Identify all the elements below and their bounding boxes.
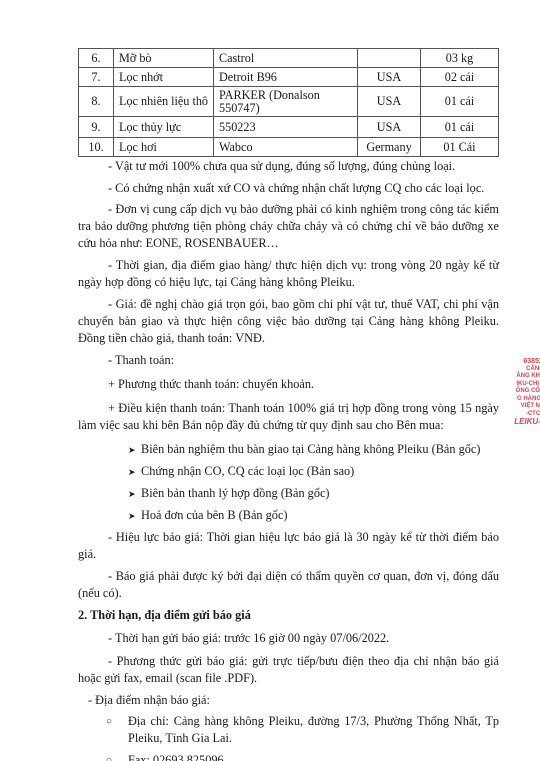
requirement-new-items: - Vật tư mới 100% chưa qua sử dụng, đúng… (78, 158, 499, 175)
submission-deadline: - Thời hạn gửi báo giá: trước 16 giờ 00 … (78, 630, 499, 647)
requirement-price: - Giá: đề nghị chào giá trọn gói, bao gồ… (78, 296, 499, 347)
paragraph-text: - Giá: đề nghị chào giá trọn gói, bao gồ… (78, 297, 499, 345)
address-item: ○Địa chỉ: Cảng hàng không Pleiku, đường … (106, 713, 499, 747)
item-number: 7. (79, 68, 114, 87)
quote-validity: - Hiệu lực báo giá: Thời gian hiệu lực b… (78, 529, 499, 563)
circle-bullet-icon: ○ (106, 752, 112, 761)
table-row: 8. Lọc nhiên liệu thô PARKER (Donalson 5… (79, 87, 499, 117)
item-quantity: 01 cái (421, 87, 499, 117)
paragraph-text: - Phương thức gửi báo giá: gửi trực tiếp… (78, 654, 499, 685)
company-stamp: 638525 CẢNG ÀNG KHÔNG IKU-CHI NHÁ ÔNG CÔ… (505, 358, 540, 448)
paragraph-text: - Hiệu lực báo giá: Thời gian hiệu lực b… (78, 530, 499, 561)
item-number: 10. (79, 138, 114, 157)
arrow-bullet-icon: ➤ (128, 508, 141, 525)
stamp-line: ÔNG CÔNG T (505, 388, 540, 396)
materials-table: 6. Mỡ bò Castrol 03 kg 7. Lọc nhớt Detro… (78, 48, 499, 157)
item-name: Lọc hơi (114, 138, 214, 157)
item-brand: PARKER (Donalson 550747) (214, 87, 358, 117)
stamp-ring-text: LEIKU-T.GI (505, 418, 540, 426)
document-list-item: ➤Hoá đơn của bên B (Bản gốc) (128, 507, 288, 525)
item-brand: Castrol (214, 49, 358, 68)
payment-method: + Phương thức thanh toán: chuyển khoản. (78, 376, 499, 393)
item-number: 6. (79, 49, 114, 68)
list-item-text: Biên bản nghiệm thu bàn giao tại Cảng hà… (141, 442, 480, 456)
item-quantity: 01 Cái (421, 138, 499, 157)
stamp-number: 638525 (505, 358, 540, 366)
arrow-bullet-icon: ➤ (128, 464, 141, 481)
payment-label: - Thanh toán: (78, 352, 499, 369)
paragraph-text: - Thời gian, địa điểm giao hàng/ thực hi… (78, 258, 499, 289)
payment-terms: + Điều kiện thanh toán: Thanh toán 100% … (78, 400, 499, 434)
item-origin (358, 49, 421, 68)
fax-item: ○Fax: 02693.825096 (106, 752, 499, 761)
table-row: 9. Lọc thủy lực 550223 USA 01 cái (79, 117, 499, 138)
table-row: 7. Lọc nhớt Detroit B96 USA 02 cái (79, 68, 499, 87)
paragraph-text: + Điều kiện thanh toán: Thanh toán 100% … (78, 401, 499, 432)
document-list-item: ➤Biên bản thanh lý hợp đồng (Bản gốc) (128, 485, 330, 503)
item-quantity: 01 cái (421, 117, 499, 138)
paragraph-text: - Vật tư mới 100% chưa qua sử dụng, đúng… (108, 159, 455, 173)
document-page: 6. Mỡ bò Castrol 03 kg 7. Lọc nhớt Detro… (0, 0, 540, 761)
item-name: Lọc nhiên liệu thô (114, 87, 214, 117)
stamp-line: IKU-CHI NHÁ (505, 381, 540, 389)
paragraph-text: - Đơn vị cung cấp dịch vụ bảo dưỡng phải… (78, 202, 499, 250)
item-brand: Wabco (214, 138, 358, 157)
table-row: 10. Lọc hơi Wabco Germany 01 Cái (79, 138, 499, 157)
item-name: Lọc thủy lực (114, 117, 214, 138)
requirement-delivery: - Thời gian, địa điểm giao hàng/ thực hi… (78, 257, 499, 291)
section-2-heading: 2. Thời hạn, địa điểm gửi báo giá (78, 608, 251, 623)
arrow-bullet-icon: ➤ (128, 442, 141, 459)
stamp-line: VIỆT NAM (505, 403, 540, 411)
item-number: 8. (79, 87, 114, 117)
item-brand: 550223 (214, 117, 358, 138)
requirement-certificates: - Có chứng nhận xuất xứ CO và chứng nhận… (78, 180, 499, 197)
submission-method: - Phương thức gửi báo giá: gửi trực tiếp… (78, 653, 499, 687)
item-brand: Detroit B96 (214, 68, 358, 87)
stamp-line: G HÀNG KHI (505, 396, 540, 404)
item-origin: USA (358, 87, 421, 117)
stamp-line: ÀNG KHÔNG (505, 373, 540, 381)
list-item-text: Biên bản thanh lý hợp đồng (Bản gốc) (141, 486, 330, 500)
item-origin: USA (358, 117, 421, 138)
item-number: 9. (79, 117, 114, 138)
list-item-text: Hoá đơn của bên B (Bản gốc) (141, 508, 288, 522)
table-row: 6. Mỡ bò Castrol 03 kg (79, 49, 499, 68)
requirement-provider: - Đơn vị cung cấp dịch vụ bảo dưỡng phải… (78, 201, 499, 252)
paragraph-text: - Báo giá phải được ký bởi đại diện có t… (78, 569, 499, 600)
item-origin: Germany (358, 138, 421, 157)
paragraph-text: + Phương thức thanh toán: chuyển khoản. (108, 377, 314, 391)
address-text: Địa chỉ: Cảng hàng không Pleiku, đường 1… (128, 713, 499, 747)
submission-location-label: - Địa điểm nhận báo giá: (88, 692, 509, 709)
stamp-line: CẢNG (505, 366, 540, 374)
quote-signature: - Báo giá phải được ký bởi đại diện có t… (78, 568, 499, 602)
circle-bullet-icon: ○ (106, 713, 112, 730)
paragraph-text: - Thời hạn gửi báo giá: trước 16 giờ 00 … (108, 631, 389, 645)
item-name: Mỡ bò (114, 49, 214, 68)
item-quantity: 03 kg (421, 49, 499, 68)
arrow-bullet-icon: ➤ (128, 486, 141, 503)
document-list-item: ➤Chứng nhận CO, CQ các loại lọc (Bản sao… (128, 463, 354, 481)
item-origin: USA (358, 68, 421, 87)
paragraph-text: - Thanh toán: (108, 353, 174, 367)
list-item-text: Chứng nhận CO, CQ các loại lọc (Bản sao) (141, 464, 354, 478)
paragraph-text: - Có chứng nhận xuất xứ CO và chứng nhận… (108, 181, 484, 195)
fax-text: Fax: 02693.825096 (128, 752, 499, 761)
item-name: Lọc nhớt (114, 68, 214, 87)
item-quantity: 02 cái (421, 68, 499, 87)
document-list-item: ➤Biên bản nghiệm thu bàn giao tại Cảng h… (128, 441, 480, 459)
